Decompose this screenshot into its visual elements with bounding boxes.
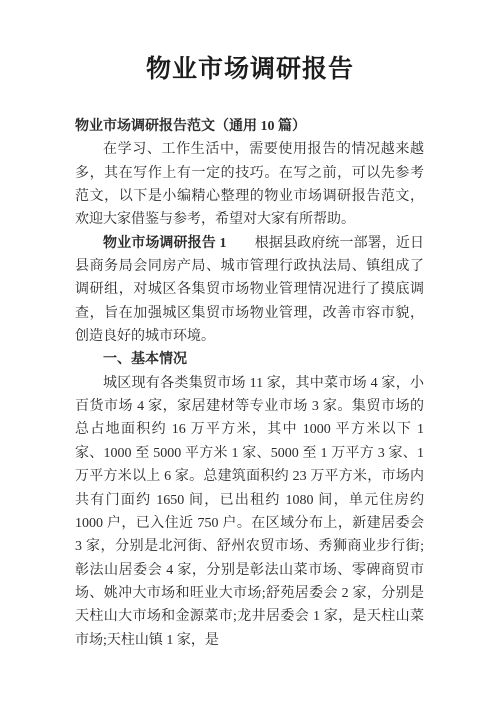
- paragraph-report-1: 物业市场调研报告 1 根据县政府统一部署，近日县商务局会同房产局、城市管理行政执…: [75, 232, 424, 349]
- document-page: 物业市场调研报告 物业市场调研报告范文（通用 10 篇） 在学习、工作生活中，需…: [0, 0, 500, 707]
- document-title: 物业市场调研报告: [0, 0, 500, 86]
- paragraph-section-heading: 一、基本情况: [75, 348, 424, 371]
- paragraph-report-1-text: 根据县政府统一部署，近日县商务局会同房产局、城市管理行政执法局、镇组成了调研组，…: [75, 236, 424, 344]
- paragraph-basic-situation: 城区现有各类集贸市场 11 家，其中菜市场 4 家，小百货市场 4 家，家居建材…: [75, 372, 424, 652]
- paragraph-report-1-lead: 物业市场调研报告 1: [103, 236, 226, 251]
- paragraph-intro: 在学习、工作生活中，需要使用报告的情况越来越多，其在写作上有一定的技巧。在写之前…: [75, 138, 424, 231]
- document-body: 物业市场调研报告范文（通用 10 篇） 在学习、工作生活中，需要使用报告的情况越…: [75, 115, 424, 652]
- paragraph-subtitle: 物业市场调研报告范文（通用 10 篇）: [75, 115, 424, 138]
